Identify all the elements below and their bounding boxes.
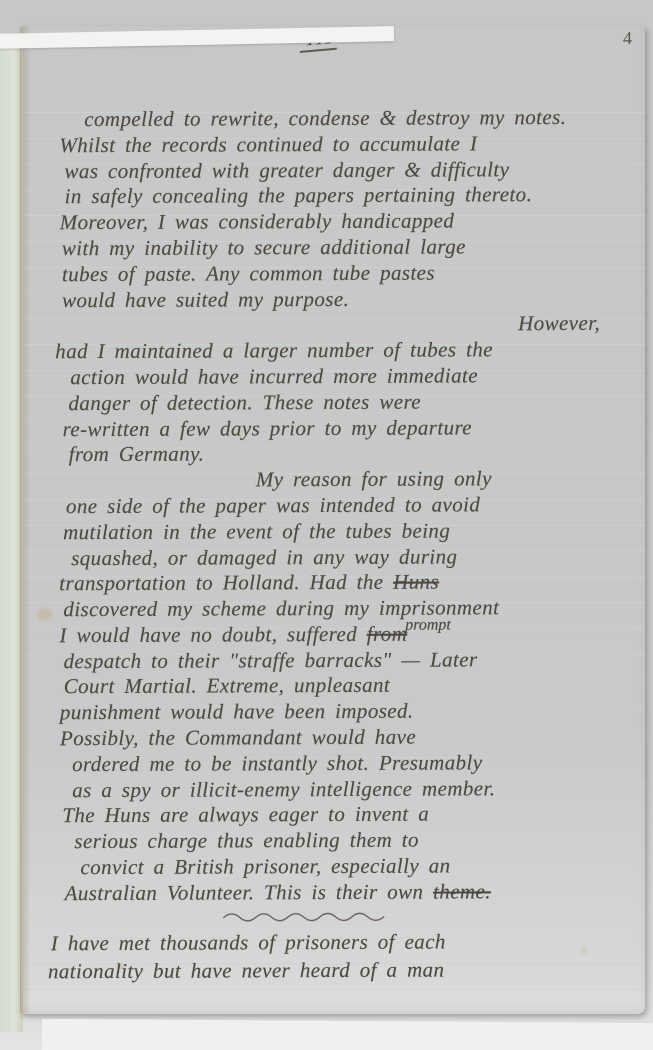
line-text: Australian Volunteer. This is their own [65,880,434,906]
manuscript-line: would have suited my purpose. [62,287,349,312]
manuscript-line: nationality but have never heard of a ma… [48,958,445,984]
manuscript-line: danger of detection. These notes were [68,390,421,416]
manuscript-line: Possibly, the Commandant would have [60,725,416,751]
manuscript-line: action would have incurred more immediat… [70,363,478,389]
inserted-word: prompt [405,616,451,633]
manuscript-line: Australian Volunteer. This is their own … [65,879,491,905]
manuscript-line: from Germany. [69,442,205,467]
manuscript-line: re-written a few days prior to my depart… [63,415,472,441]
manuscript-line: with my inability to secure additional l… [62,234,466,260]
manuscript-line: had I maintained a larger number of tube… [55,337,493,363]
manuscript-line: I have met thousands of prisoners of eac… [51,930,446,956]
struck-word: theme. [433,879,491,903]
manuscript-line: mutilation in the event of the tubes bei… [63,518,450,544]
section-divider [221,908,411,923]
manuscript-line: I would have no doubt, suffered fromprom… [59,621,451,650]
struck-word: from [367,622,408,646]
manuscript-line: convict a British prisoner, especially a… [80,853,450,879]
manuscript-line: ordered me to be instantly shot. Presuma… [72,750,483,776]
manuscript-line: one side of the paper was intended to av… [66,492,480,518]
manuscript-line: Moreover, I was considerably handicapped [60,208,455,234]
manuscript-line: in safely concealing the papers pertaini… [65,182,533,208]
manuscript-line: punishment would have been imposed. [60,699,414,725]
struck-word: Huns [393,570,439,594]
manuscript-line: However, [518,311,600,335]
manuscript-line: compelled to rewrite, condense & destroy… [84,105,566,131]
manuscript-line: Whilst the records continued to accumula… [59,131,477,157]
notebook-page: 111 4 compelled to rewrite, condense & d… [20,26,645,1014]
line-text: I would have no doubt, suffered [59,622,366,647]
manuscript-line: Court Martial. Extreme, unpleasant [64,673,390,698]
handwritten-text: compelled to rewrite, condense & destroy… [19,25,647,1016]
manuscript-line: as a spy or illicit-enemy intelligence m… [72,776,495,802]
manuscript-line: tubes of paste. Any common tube pastes [62,261,435,287]
manuscript-line: squashed, or damaged in any way during [71,544,457,570]
manuscript-line: My reason for using only [256,466,492,491]
manuscript-line: despatch to their "straffe barracks" — L… [64,647,478,673]
manuscript-line: was confronted with greater danger & dif… [64,157,509,183]
line-text: transportation to Holland. Had the [59,570,393,595]
manuscript-line: transportation to Holland. Had the Huns [59,570,439,596]
manuscript-line: The Huns are always eager to invent a [62,802,429,828]
loose-sheet-edge-bottom [42,1019,653,1050]
manuscript-line: serious charge thus enabling them to [74,828,419,854]
